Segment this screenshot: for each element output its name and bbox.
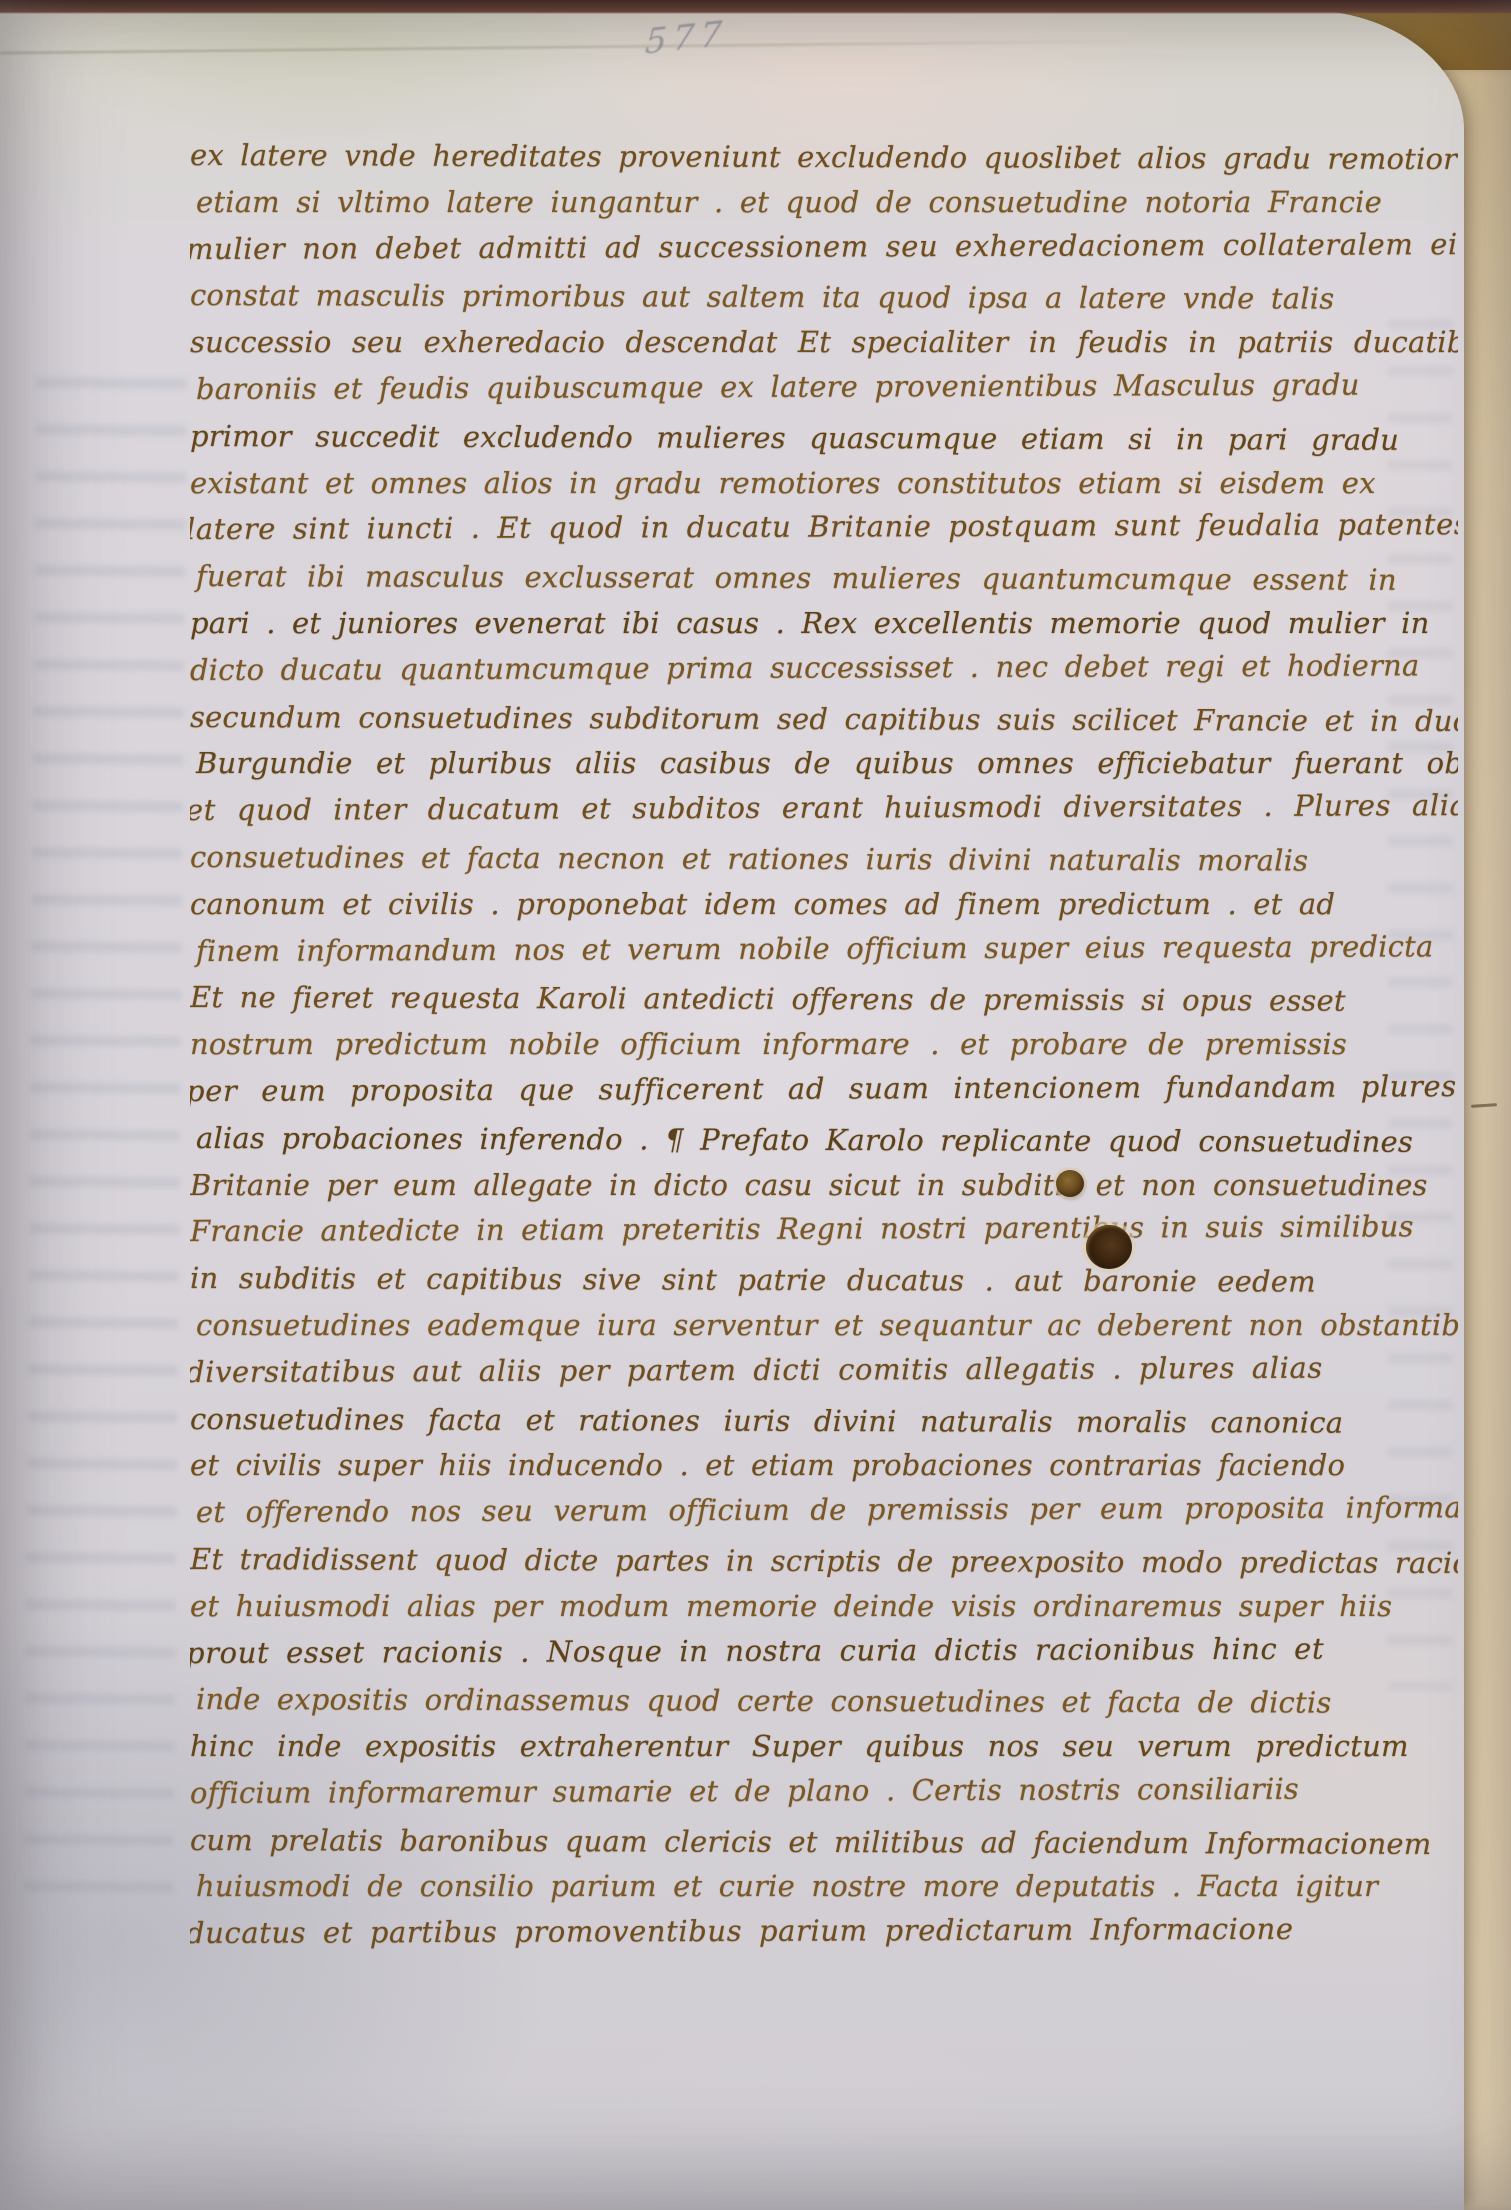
manuscript-line: baroniis et feudis quibuscumque ex later…	[196, 361, 1458, 413]
crease-line	[0, 40, 1150, 54]
manuscript-line: huiusmodi de consilio parium et curie no…	[196, 1863, 1458, 1910]
manuscript-line: per eum proposita que sufficerent ad sua…	[190, 1063, 1458, 1115]
ink-showthrough-left	[23, 349, 187, 1910]
manuscript-line: existant et omnes alios in gradu remotio…	[190, 460, 1458, 507]
manuscript-line: et quod inter ducatum et subditos erant …	[190, 782, 1458, 834]
manuscript-line: alias probaciones inferendo . ¶ Prefato …	[196, 1115, 1458, 1166]
manuscript-line: diversitatibus aut aliis per partem dict…	[190, 1344, 1458, 1396]
manuscript-photo: 577 ex latere vnde hereditates proveniun…	[0, 0, 1511, 2210]
manuscript-line: pari . et juniores evenerat ibi casus . …	[190, 600, 1458, 647]
manuscript-page: 577 ex latere vnde hereditates proveniun…	[0, 10, 1464, 2210]
manuscript-line: constat masculis primoribus aut saltem i…	[190, 272, 1458, 323]
manuscript-line: latere sint iuncti . Et quod in ducatu B…	[190, 501, 1458, 553]
manuscript-line: primor succedit excludendo mulieres quas…	[190, 413, 1458, 464]
manuscript-line: consuetudines et facta necnon et ratione…	[190, 834, 1458, 885]
manuscript-line: hinc inde expositis extraherentur Super …	[190, 1723, 1458, 1770]
parchment-hole-large	[1086, 1225, 1132, 1269]
manuscript-line: secundum consuetudines subditorum sed ca…	[190, 694, 1458, 745]
manuscript-line: officium informaremur sumarie et de plan…	[190, 1765, 1458, 1817]
manuscript-line: Francie antedicte in etiam preteritis Re…	[190, 1203, 1458, 1255]
parchment-hole-small	[1056, 1170, 1084, 1197]
manuscript-line: prout esset racionis . Nosque in nostra …	[190, 1625, 1458, 1677]
manuscript-line: et civilis super hiis inducendo . et eti…	[190, 1442, 1458, 1489]
manuscript-line: consuetudines facta et rationes iuris di…	[190, 1396, 1458, 1447]
manuscript-line: fuerat ibi masculus exclusserat omnes mu…	[196, 553, 1458, 604]
manuscript-line: consuetudines eademque iura serventur et…	[196, 1302, 1458, 1349]
manuscript-line: successio seu exheredacio descendat Et s…	[190, 319, 1458, 366]
manuscript-line: dicto ducatu quantumcumque prima success…	[190, 642, 1458, 694]
manuscript-line: Burgundie et pluribus aliis casibus de q…	[196, 740, 1458, 787]
manuscript-line: Britanie per eum allegate in dicto casu …	[190, 1162, 1458, 1209]
manuscript-line: finem informandum nos et verum nobile of…	[196, 923, 1458, 975]
manuscript-line: canonum et civilis . proponebat idem com…	[190, 881, 1458, 928]
manuscript-line: nostrum predictum nobile officium inform…	[190, 1021, 1458, 1068]
manuscript-line: mulier non debet admitti ad successionem…	[190, 221, 1458, 273]
manuscript-line: et offerendo nos seu verum officium de p…	[196, 1484, 1458, 1536]
manuscript-text-block: ex latere vnde hereditates proveniunt ex…	[190, 132, 1458, 1982]
folio-number: 577	[644, 13, 729, 62]
book-edge-shadow	[0, 0, 1511, 14]
manuscript-line: cum prelatis baronibus quam clericis et …	[190, 1817, 1458, 1868]
manuscript-line: ducatus et partibus promoventibus parium…	[190, 1905, 1458, 1957]
manuscript-line: in subditis et capitibus sive sint patri…	[190, 1255, 1458, 1306]
manuscript-line: Et tradidissent quod dicte partes in scr…	[190, 1536, 1458, 1587]
manuscript-line: inde expositis ordinassemus quod certe c…	[196, 1676, 1458, 1727]
manuscript-line: et huiusmodi alias per modum memorie dei…	[190, 1583, 1458, 1630]
manuscript-line: ex latere vnde hereditates proveniunt ex…	[190, 132, 1458, 183]
manuscript-line: Et ne fieret requesta Karoli antedicti o…	[190, 974, 1458, 1025]
manuscript-line: etiam si vltimo latere iungantur . et qu…	[196, 179, 1458, 226]
